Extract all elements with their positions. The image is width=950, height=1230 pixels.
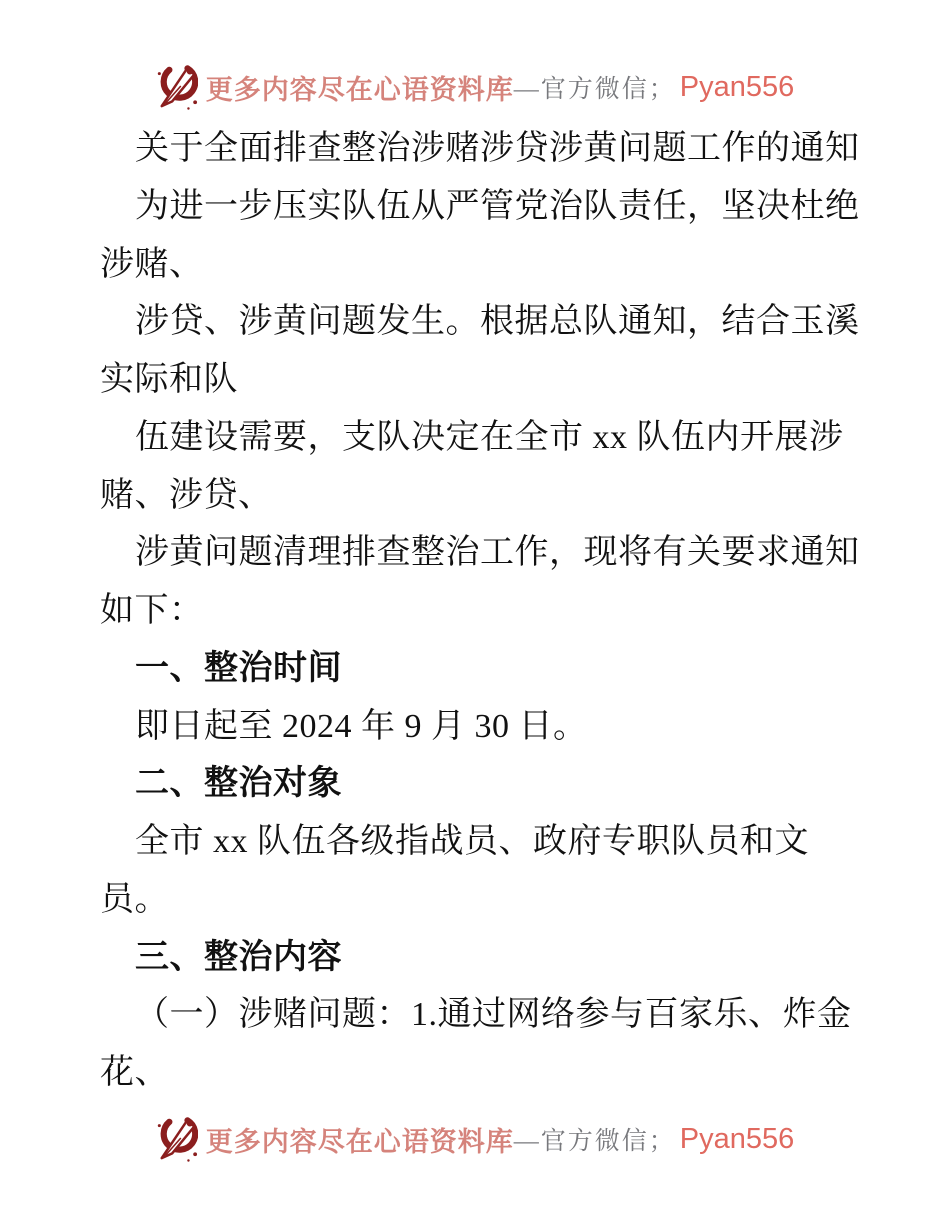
wechat-channel-label: —官方微信； [514,69,676,105]
notice-document: 关于全面排查整治涉赌涉贷涉黄问题工作的通知 为进一步压实队伍从严管党治队责任，坚… [100,120,860,1102]
doc-line: 如下： [100,582,860,640]
doc-line: 全市 xx 队伍各级指战员、政府专职队员和文 [100,813,860,871]
section-heading-3: 三、整治内容 [100,929,860,987]
section-heading-2: 二、整治对象 [100,755,860,813]
page: { "watermark": { "logo": "pen-in-circle-… [0,0,950,1230]
doc-line: 涉黄问题清理排查整治工作，现将有关要求通知 [100,524,860,582]
wechat-id: Pyan556 [680,1123,795,1156]
footer-watermark: 更多内容尽在心语资料库 —官方微信； Pyan556 [0,1112,950,1166]
pen-in-circle-icon [156,62,198,112]
doc-line: 伍建设需要，支队决定在全市 xx 队伍内开展涉 [100,409,860,467]
doc-line: 即日起至 2024 年 9 月 30 日。 [100,698,860,756]
pen-in-circle-icon [156,1114,198,1164]
brand-text: 更多内容尽在心语资料库 [206,68,514,107]
doc-line: 实际和队 [100,351,860,409]
doc-line: 为进一步压实队伍从严管党治队责任，坚决杜绝 [100,178,860,236]
doc-line: 赌、涉贷、 [100,467,860,525]
section-heading-1: 一、整治时间 [100,640,860,698]
wechat-id: Pyan556 [680,71,795,104]
wechat-channel-label: —官方微信； [514,1121,676,1157]
doc-line: 花、 [100,1044,860,1102]
doc-title: 关于全面排查整治涉赌涉贷涉黄问题工作的通知 [100,120,860,178]
doc-line: 员。 [100,871,860,929]
doc-line: （一）涉赌问题：1.通过网络参与百家乐、炸金 [100,986,860,1044]
header-watermark: 更多内容尽在心语资料库 —官方微信； Pyan556 [0,60,950,114]
brand-text: 更多内容尽在心语资料库 [206,1120,514,1159]
doc-line: 涉贷、涉黄问题发生。根据总队通知，结合玉溪 [100,293,860,351]
doc-line: 涉赌、 [100,236,860,294]
